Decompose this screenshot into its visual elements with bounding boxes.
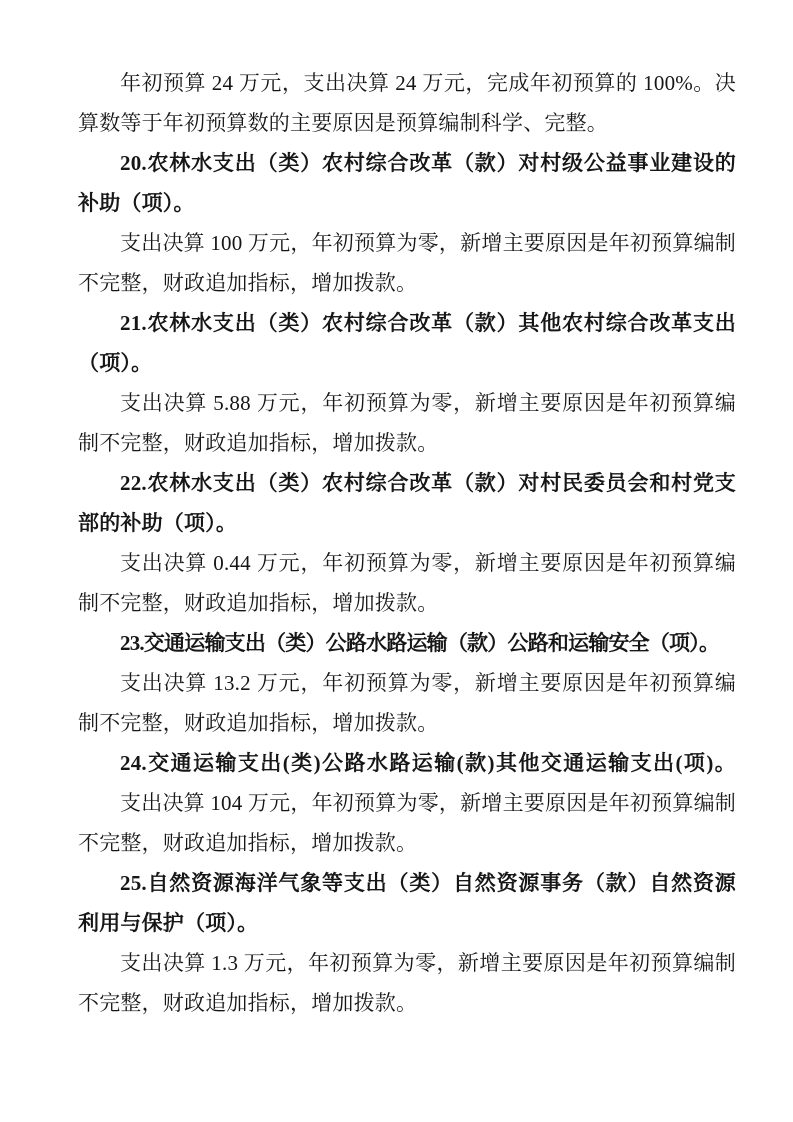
- heading-line-item-24: 24.交通运输支出(类)公路水路运输(款)其他交通运输支出(项)。: [78, 743, 736, 783]
- paragraph-line: 制不完整，财政追加指标，增加拨款。: [78, 583, 736, 623]
- paragraph-line: 不完整，财政追加指标，增加拨款。: [78, 983, 736, 1023]
- heading-line-item-22: 22.农林水支出（类）农村综合改革（款）对村民委员会和村党支: [78, 463, 736, 503]
- paragraph-line: 制不完整，财政追加指标，增加拨款。: [78, 423, 736, 463]
- heading-line-item-21: 21.农林水支出（类）农村综合改革（款）其他农村综合改革支出: [78, 303, 736, 343]
- paragraph-line: 支出决算 100 万元，年初预算为零，新增主要原因是年初预算编制: [78, 223, 736, 263]
- heading-line-item-25: 利用与保护（项）。: [78, 903, 736, 943]
- paragraph-line: 年初预算 24 万元，支出决算 24 万元，完成年初预算的 100%。决: [78, 63, 736, 103]
- paragraph-line: 支出决算 5.88 万元，年初预算为零，新增主要原因是年初预算编: [78, 383, 736, 423]
- paragraph-line: 不完整，财政追加指标，增加拨款。: [78, 263, 736, 303]
- document-page: 年初预算 24 万元，支出决算 24 万元，完成年初预算的 100%。决 算数等…: [0, 0, 793, 1122]
- heading-line-item-21: （项）。: [78, 343, 736, 383]
- paragraph-line: 支出决算 0.44 万元，年初预算为零，新增主要原因是年初预算编: [78, 543, 736, 583]
- heading-line-item-20: 补助（项）。: [78, 183, 736, 223]
- paragraph-line: 制不完整，财政追加指标，增加拨款。: [78, 703, 736, 743]
- heading-line-item-23: 23.交通运输支出（类）公路水路运输（款）公路和运输安全（项）。: [78, 623, 736, 663]
- heading-line-item-22: 部的补助（项）。: [78, 503, 736, 543]
- paragraph-line: 支出决算 104 万元，年初预算为零，新增主要原因是年初预算编制: [78, 783, 736, 823]
- text-block: 年初预算 24 万元，支出决算 24 万元，完成年初预算的 100%。决 算数等…: [78, 63, 736, 1023]
- paragraph-line: 支出决算 1.3 万元，年初预算为零，新增主要原因是年初预算编制: [78, 943, 736, 983]
- heading-line-item-25: 25.自然资源海洋气象等支出（类）自然资源事务（款）自然资源: [78, 863, 736, 903]
- paragraph-line: 算数等于年初预算数的主要原因是预算编制科学、完整。: [78, 103, 736, 143]
- heading-line-item-20: 20.农林水支出（类）农村综合改革（款）对村级公益事业建设的: [78, 143, 736, 183]
- paragraph-line: 支出决算 13.2 万元，年初预算为零，新增主要原因是年初预算编: [78, 663, 736, 703]
- paragraph-line: 不完整，财政追加指标，增加拨款。: [78, 823, 736, 863]
